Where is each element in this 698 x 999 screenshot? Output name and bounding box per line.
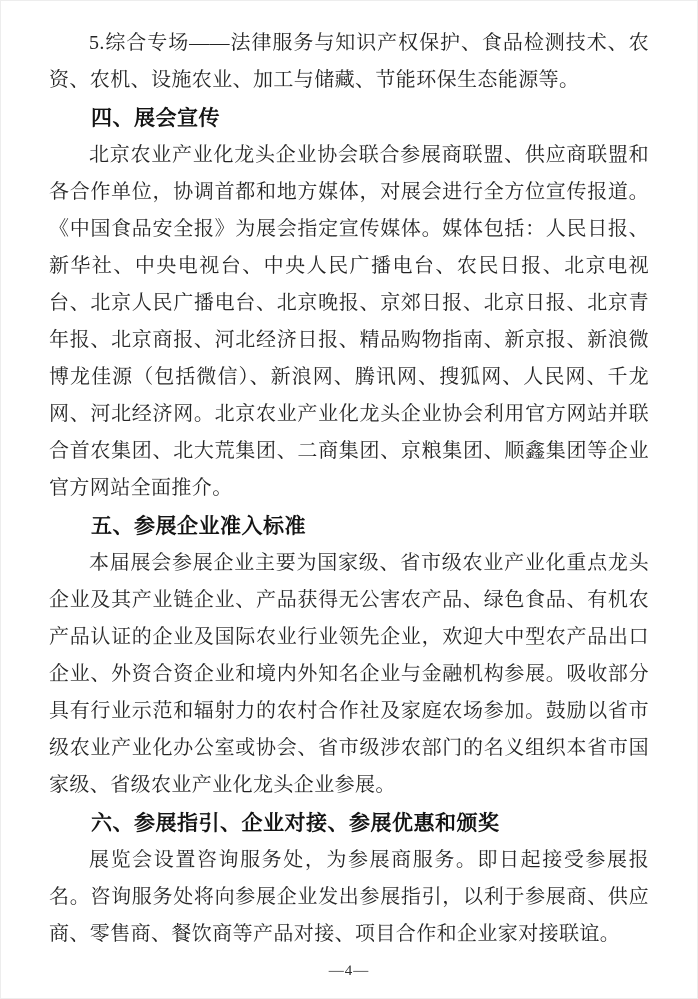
page-number: —4— [1,963,697,980]
heading-section-6-exhibitor-guide: 六、参展指引、企业对接、参展优惠和颁奖 [49,804,649,842]
paragraph-publicity-media: 北京农业产业化龙头企业协会联合参展商联盟、供应商联盟和各合作单位，协调首都和地方… [49,137,649,507]
paragraph-special-session-5: 5.综合专场——法律服务与知识产权保护、食品检测技术、农资、农机、设施农业、加工… [49,25,649,99]
document-page: 5.综合专场——法律服务与知识产权保护、食品检测技术、农资、农机、设施农业、加工… [0,0,698,999]
heading-section-4-exhibition-publicity: 四、展会宣传 [49,99,649,137]
paragraph-exhibitor-guide: 展览会设置咨询服务处，为参展商服务。即日起接受参展报名。咨询服务处将向参展企业发… [49,842,649,953]
heading-section-5-admission-standards: 五、参展企业准入标准 [49,507,649,545]
paragraph-admission-standards: 本届展会参展企业主要为国家级、省市级农业产业化重点龙头企业及其产业链企业、产品获… [49,545,649,804]
